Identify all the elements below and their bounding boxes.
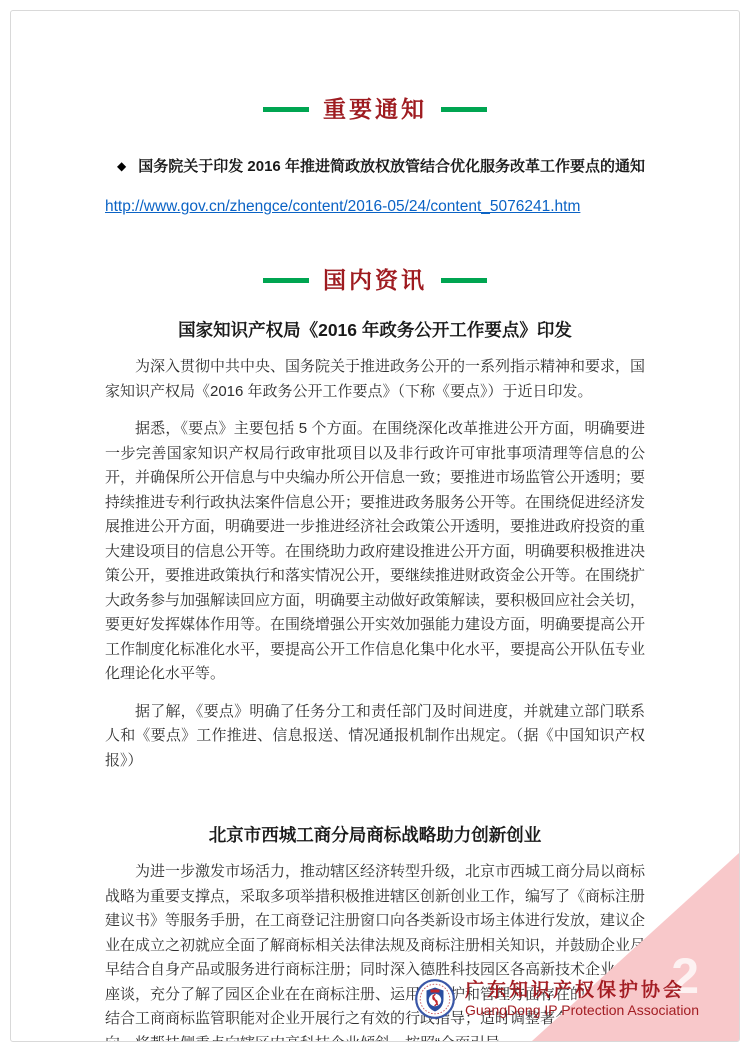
green-dash-right-icon	[441, 278, 487, 283]
article-paragraph: 据悉，《要点》主要包括 5 个方面。在围绕深化改革推进公开方面，明确要进一步完善…	[105, 417, 645, 687]
association-name-en: GuangDong IP Protection Association	[465, 1002, 699, 1019]
association-logo-icon	[415, 979, 455, 1019]
article-title: 北京市西城工商分局商标战略助力创新创业	[105, 823, 645, 847]
newsletter-page: 重要通知 ◆ 国务院关于印发 2016 年推进简政放权放管结合优化服务改革工作要…	[10, 10, 740, 1042]
notice-item-text: 国务院关于印发 2016 年推进简政放权放管结合优化服务改革工作要点的通知	[138, 156, 645, 177]
notice-item: ◆ 国务院关于印发 2016 年推进简政放权放管结合优化服务改革工作要点的通知	[105, 156, 645, 177]
article-paragraph: 据了解，《要点》明确了任务分工和责任部门及时间进度，并就建立部门联系人和《要点》…	[105, 700, 645, 774]
notice-link-row: http://www.gov.cn/zhengce/content/2016-0…	[105, 196, 645, 218]
notice-section-header: 重要通知	[105, 95, 645, 123]
article-paragraph: 为深入贯彻中共中央、国务院关于推进政务公开的一系列指示精神和要求，国家知识产权局…	[105, 355, 645, 404]
news-section-title: 国内资讯	[323, 266, 427, 294]
notice-link[interactable]: http://www.gov.cn/zhengce/content/2016-0…	[105, 198, 580, 215]
diamond-bullet-icon: ◆	[117, 156, 126, 177]
green-dash-left-icon	[263, 107, 309, 112]
footer-brand: 广东知识产权保护协会 GuangDong IP Protection Assoc…	[415, 979, 699, 1019]
association-name-cn: 广东知识产权保护协会	[465, 980, 699, 1002]
green-dash-left-icon	[263, 278, 309, 283]
green-dash-right-icon	[441, 107, 487, 112]
news-section-header: 国内资讯	[105, 266, 645, 294]
article-title: 国家知识产权局《2016 年政务公开工作要点》印发	[105, 318, 645, 342]
notice-section-title: 重要通知	[323, 95, 427, 123]
